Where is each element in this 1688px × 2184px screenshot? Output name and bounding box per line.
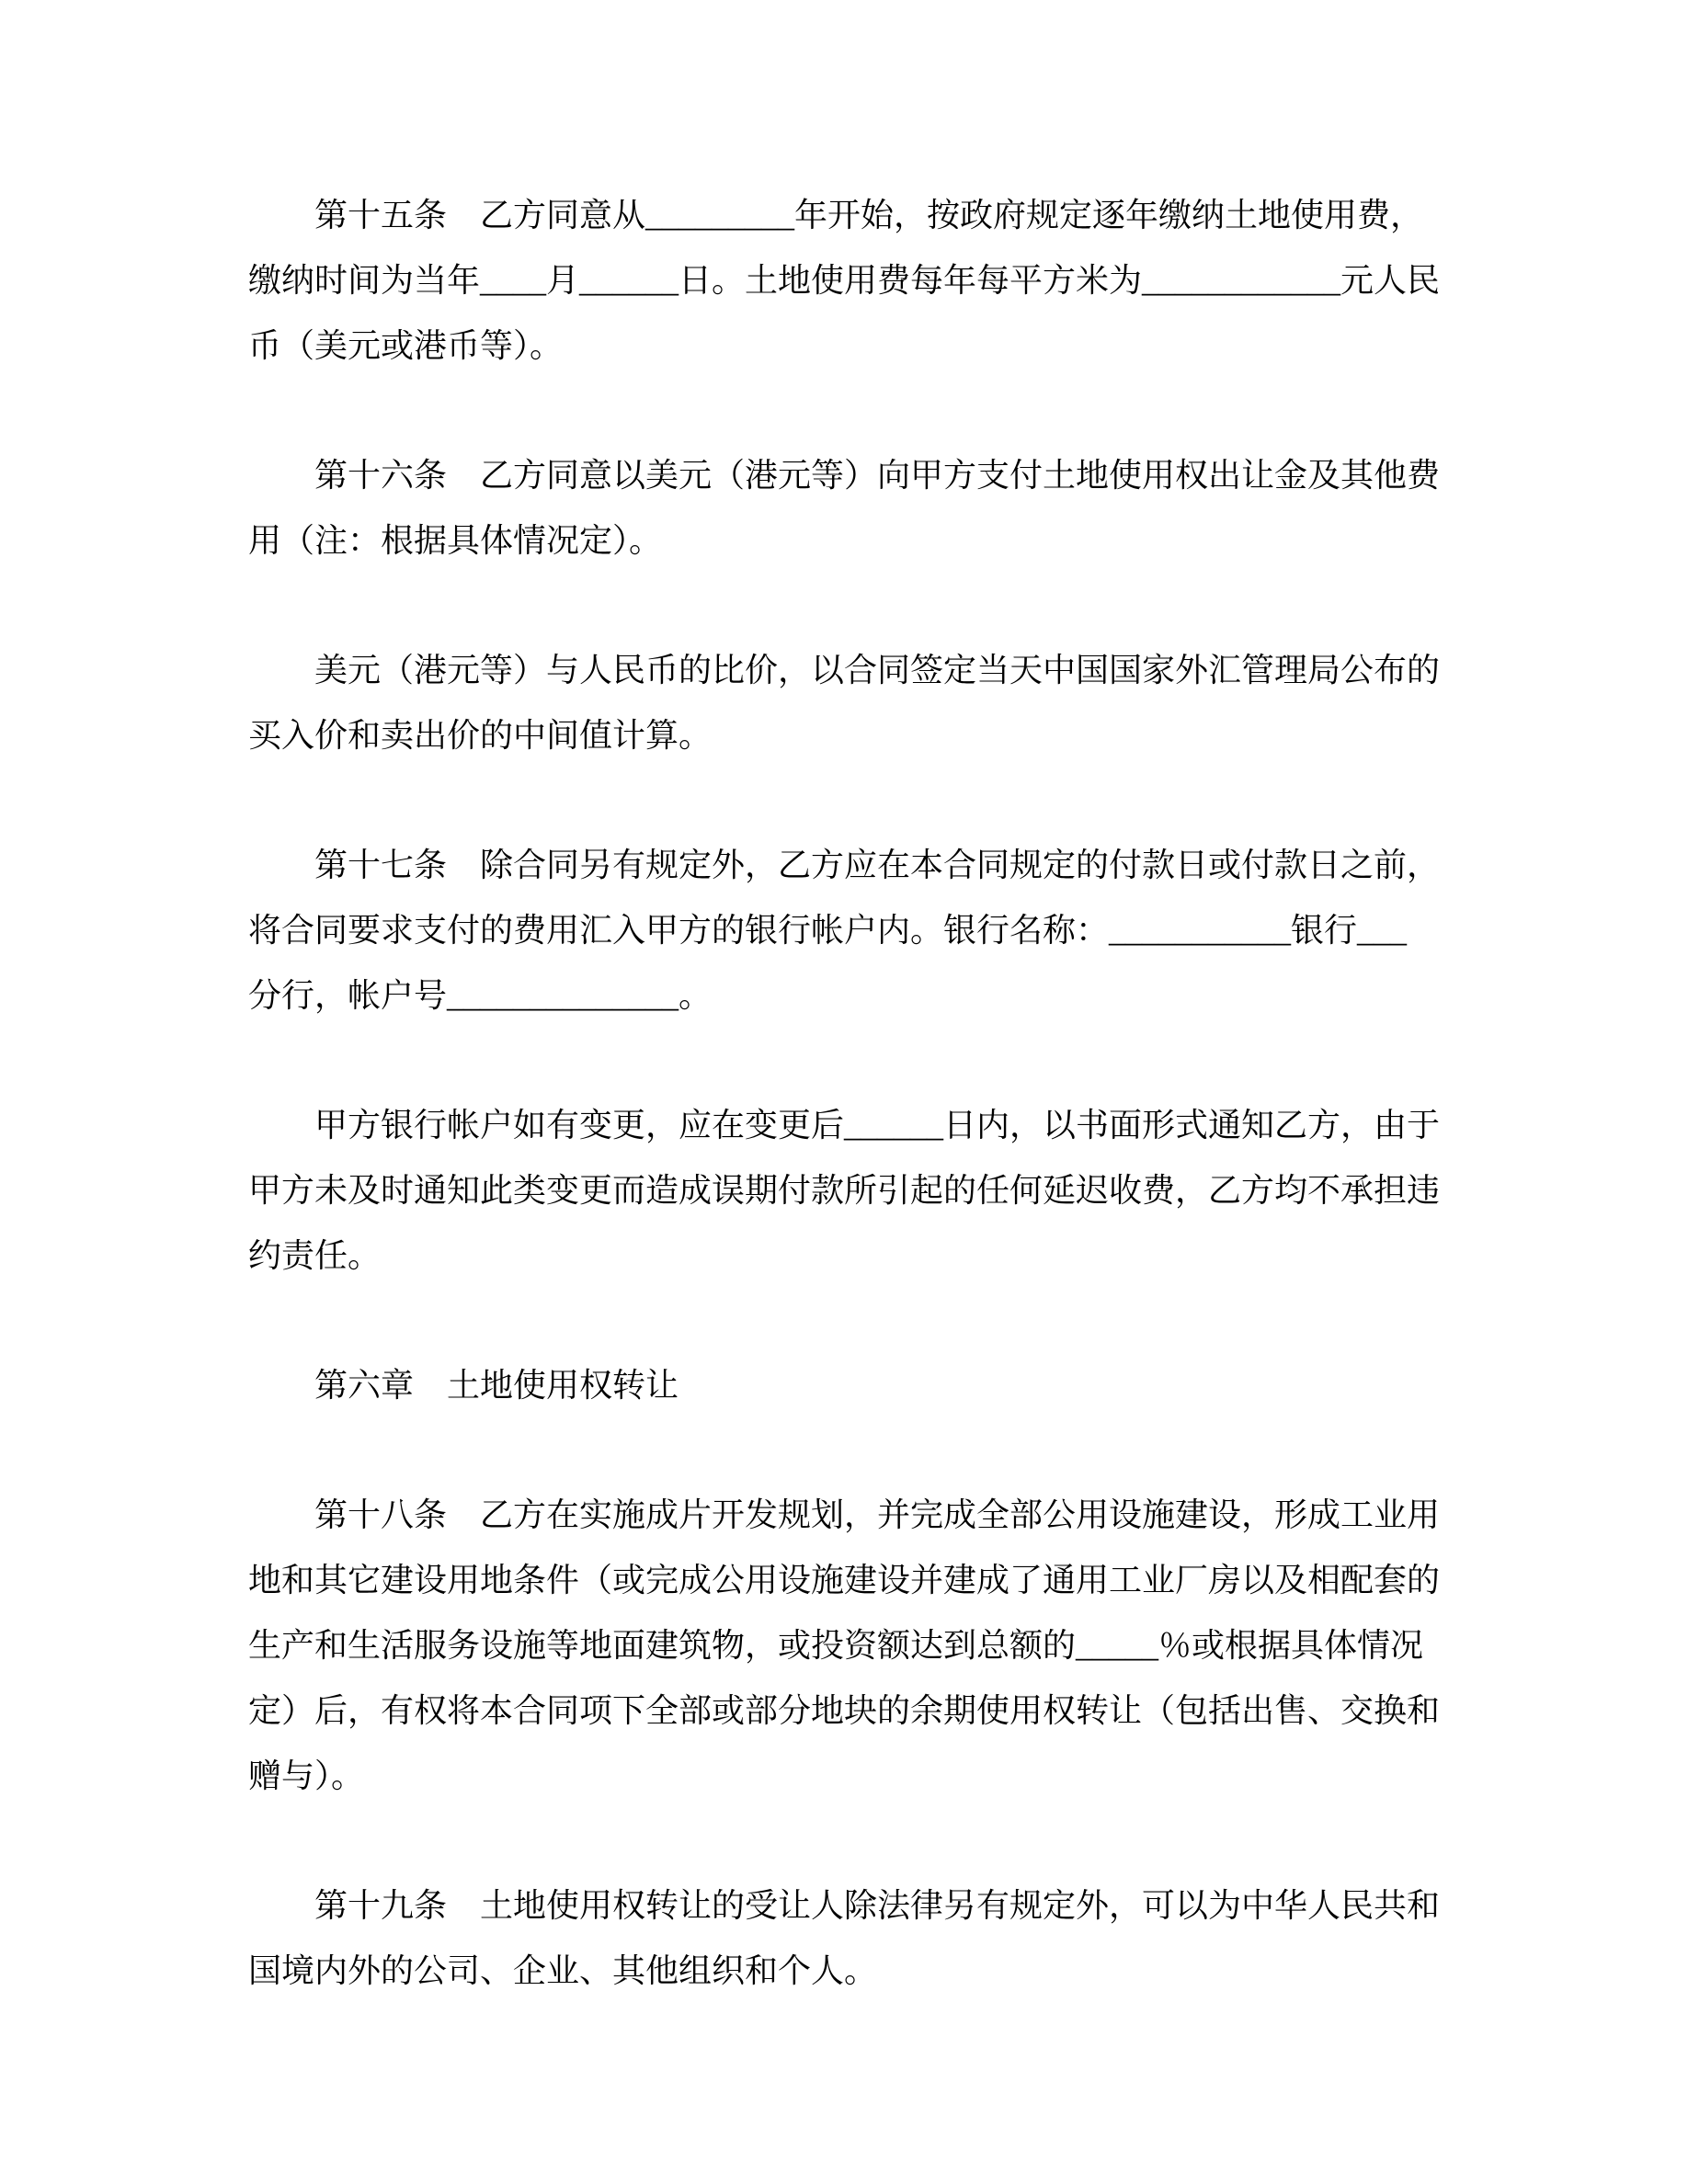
paragraph-clause-19: 第十九条 土地使用权转让的受让人除法律另有规定外，可以为中华人民共和 国境内外的… — [248, 1873, 1451, 2004]
text-line: 第十八条 乙方在实施成片开发规划，并完成全部公用设施建设，形成工业用 — [248, 1483, 1451, 1548]
heading-line: 第六章 土地使用权转让 — [248, 1353, 1451, 1418]
text-line: 甲方未及时通知此类变更而造成误期付款所引起的任何延迟收费，乙方均不承担违 — [248, 1158, 1451, 1223]
document-page: 第十五条 乙方同意从_________年开始，按政府规定逐年缴纳土地使用费， 缴… — [0, 0, 1688, 2184]
paragraph-exchange-rate: 美元（港元等）与人民币的比价，以合同签定当天中国国家外汇管理局公布的 买入价和卖… — [248, 638, 1451, 768]
text-line: 缴纳时间为当年____月______日。土地使用费每年每平方米为________… — [248, 248, 1451, 313]
text-line: 用（注：根据具体情况定）。 — [248, 508, 1451, 574]
paragraph-clause-16: 第十六条 乙方同意以美元（港元等）向甲方支付土地使用权出让金及其他费 用（注：根… — [248, 443, 1451, 574]
text-line: 将合同要求支付的费用汇入甲方的银行帐户内。银行名称：___________银行_… — [248, 898, 1451, 963]
text-line: 币（美元或港币等）。 — [248, 313, 1451, 379]
text-line: 地和其它建设用地条件（或完成公用设施建设并建成了通用工业厂房以及相配套的 — [248, 1548, 1451, 1613]
paragraph-clause-18: 第十八条 乙方在实施成片开发规划，并完成全部公用设施建设，形成工业用 地和其它建… — [248, 1483, 1451, 1809]
text-line: 国境内外的公司、企业、其他组织和个人。 — [248, 1939, 1451, 2004]
text-line: 赠与）。 — [248, 1744, 1451, 1809]
text-line: 定）后，有权将本合同项下全部或部分地块的余期使用权转让（包括出售、交换和 — [248, 1678, 1451, 1744]
chapter-6-heading: 第六章 土地使用权转让 — [248, 1353, 1451, 1418]
text-line: 第十六条 乙方同意以美元（港元等）向甲方支付土地使用权出让金及其他费 — [248, 443, 1451, 508]
text-line: 第十七条 除合同另有规定外，乙方应在本合同规定的付款日或付款日之前， — [248, 833, 1451, 898]
text-line: 约责任。 — [248, 1223, 1451, 1289]
text-line: 第十九条 土地使用权转让的受让人除法律另有规定外，可以为中华人民共和 — [248, 1873, 1451, 1939]
text-line: 美元（港元等）与人民币的比价，以合同签定当天中国国家外汇管理局公布的 — [248, 638, 1451, 703]
text-line: 甲方银行帐户如有变更，应在变更后______日内，以书面形式通知乙方，由于 — [248, 1093, 1451, 1158]
text-line: 生产和生活服务设施等地面建筑物，或投资额达到总额的_____％或根据具体情况 — [248, 1613, 1451, 1678]
text-line: 分行，帐户号______________。 — [248, 963, 1451, 1029]
paragraph-bank-change-notice: 甲方银行帐户如有变更，应在变更后______日内，以书面形式通知乙方，由于 甲方… — [248, 1093, 1451, 1289]
paragraph-clause-15: 第十五条 乙方同意从_________年开始，按政府规定逐年缴纳土地使用费， 缴… — [248, 183, 1451, 379]
text-line: 第十五条 乙方同意从_________年开始，按政府规定逐年缴纳土地使用费， — [248, 183, 1451, 248]
text-line: 买入价和卖出价的中间值计算。 — [248, 703, 1451, 768]
paragraph-clause-17: 第十七条 除合同另有规定外，乙方应在本合同规定的付款日或付款日之前， 将合同要求… — [248, 833, 1451, 1029]
